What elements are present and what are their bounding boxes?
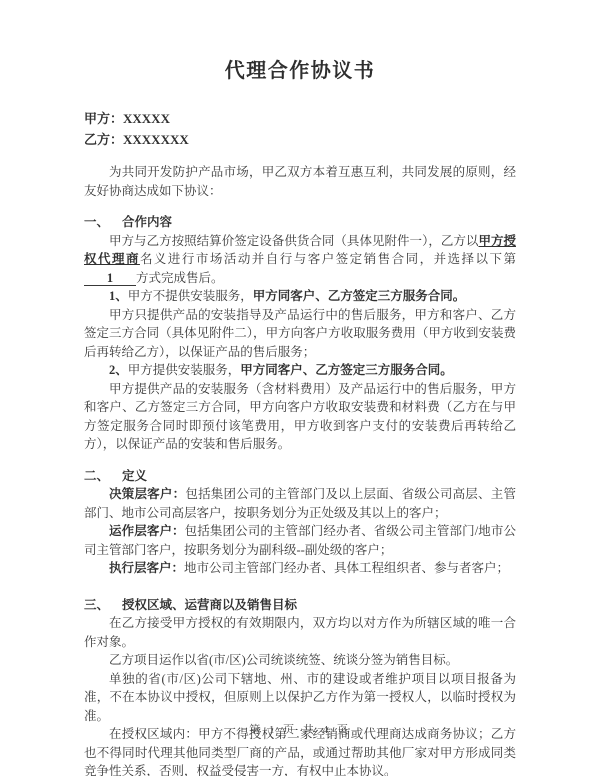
section-2-heading: 二、定义 — [84, 467, 516, 486]
definition-execution-layer: 执行层客户：地市公司主管部门经办者、具体工程组织者、参与者客户； — [84, 559, 516, 578]
party-b-value: XXXXXXX — [123, 132, 189, 147]
page-number-footer: 第 1 页 共 4 页 — [0, 721, 600, 739]
section-1-title: 合作内容 — [122, 215, 172, 229]
definition-2-term: 运作层客户： — [109, 524, 185, 538]
section-1-item-2-body: 甲方提供产品的安装服务（含材料费用）及产品运行中的售后服务，甲方和客户、乙方签定… — [84, 380, 516, 454]
section-3-paragraph-2: 乙方项目运作以省(市/区)公司统谈统签、统谈分签为销售目标。 — [84, 651, 516, 670]
section-1-number: 一、 — [84, 215, 109, 229]
section-1-paragraph-1: 甲方与乙方按照结算价签定设备供货合同（具体见附件一），乙方以甲方授权代理商名义进… — [84, 232, 516, 288]
party-a-line: 甲方：XXXXX — [84, 108, 516, 129]
section-1-item-2: 2、甲方提供安装服务，甲方同客户、乙方签定三方服务合同。 — [84, 361, 516, 380]
section-2-title: 定义 — [122, 469, 147, 483]
item-1-number: 1、 — [109, 289, 128, 303]
section-2-number: 二、 — [84, 469, 109, 483]
item-2-number: 2、 — [109, 363, 128, 377]
party-b-line: 乙方：XXXXXXX — [84, 129, 516, 150]
selected-method-blank: 1 — [84, 271, 136, 286]
definition-3-term: 执行层客户： — [109, 561, 184, 575]
s1-p1-run1: 甲方与乙方按照结算价签定设备供货合同（具体见附件一），乙方以 — [109, 234, 478, 248]
section-1-item-1: 1、甲方不提供安装服务，甲方同客户、乙方签定三方服务合同。 — [84, 287, 516, 306]
section-3-title: 授权区域、运营商以及销售目标 — [122, 598, 297, 612]
section-1-heading: 一、合作内容 — [84, 213, 516, 232]
document-page: 代理合作协议书 甲方：XXXXX 乙方：XXXXXXX 为共同开发防护产品市场，… — [0, 0, 600, 776]
party-b-label: 乙方： — [84, 132, 123, 147]
item-2-lead: 甲方提供安装服务， — [128, 363, 241, 377]
section-3-number: 三、 — [84, 598, 109, 612]
item-2-bold-clause: 甲方同客户、乙方签定三方服务合同。 — [240, 363, 453, 377]
party-a-label: 甲方： — [84, 111, 123, 126]
section-3-paragraph-3: 单独的省(市/区)公司下辖地、州、市的建设或者维护项目以项目报备为准，不在本协议… — [84, 670, 516, 726]
document-title: 代理合作协议书 — [84, 58, 516, 84]
definition-operation-layer: 运作层客户：包括集团公司的主管部门经办者、省级公司主管部门/地市公司主管部门客户… — [84, 522, 516, 559]
section-3-heading: 三、授权区域、运营商以及销售目标 — [84, 596, 516, 615]
parties-block: 甲方：XXXXX 乙方：XXXXXXX — [84, 108, 516, 150]
s1-p1-run4: 方式完成售后。 — [136, 271, 224, 285]
section-1-item-1-body: 甲方只提供产品的安装指导及产品运行中的售后服务，甲方和客户、乙方签定三方合同（具… — [84, 306, 516, 362]
item-1-lead: 甲方不提供安装服务， — [128, 289, 253, 303]
definition-3-desc: 地市公司主管部门经办者、具体工程组织者、参与者客户； — [184, 561, 509, 575]
definition-1-term: 决策层客户： — [109, 487, 185, 501]
s1-p1-run3: 名义进行市场活动并自行与客户签定销售合同，并选择以下第 — [140, 252, 516, 266]
item-1-bold-clause: 甲方同客户、乙方签定三方服务合同。 — [253, 289, 466, 303]
party-a-value: XXXXX — [123, 111, 170, 126]
definition-decision-layer: 决策层客户：包括集团公司的主管部门及以上层面、省级公司高层、主管部门、地市公司高… — [84, 485, 516, 522]
section-3-paragraph-1: 在乙方接受甲方授权的有效期限内，双方均以对方作为所辖区域的唯一合作对象。 — [84, 614, 516, 651]
intro-paragraph: 为共同开发防护产品市场，甲乙双方本着互惠互利，共同发展的原则，经友好协商达成如下… — [84, 163, 516, 200]
